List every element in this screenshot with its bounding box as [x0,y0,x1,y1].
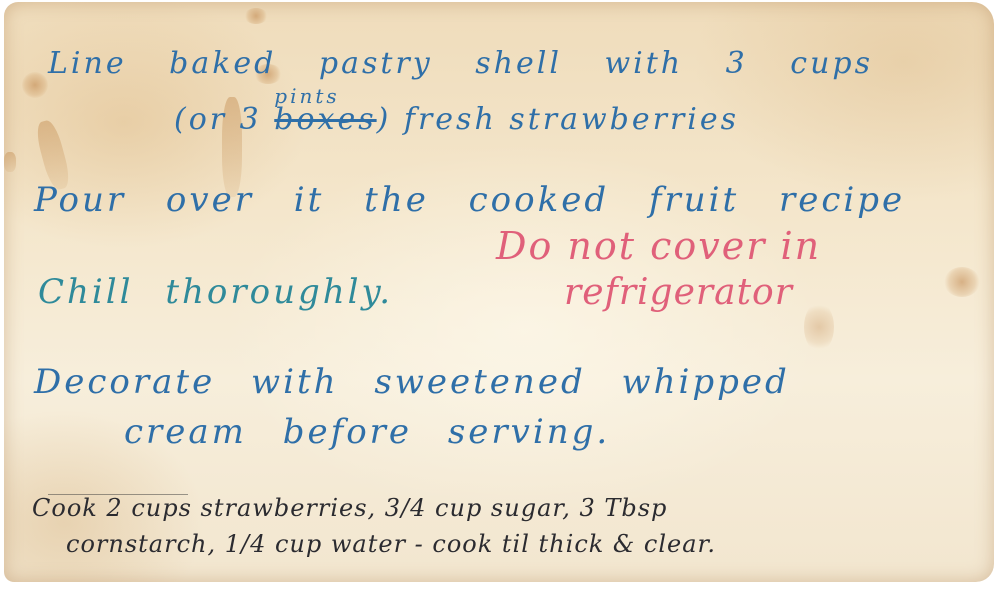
instruction-line-5: Decorate with sweetened whipped [34,362,790,402]
cooked-fruit-recipe-line-2: cornstarch, 1/4 cup water - cook til thi… [66,530,716,558]
struck-word: pintsboxes [274,102,376,137]
instruction-line-2-suffix: ) fresh strawberries [377,102,739,137]
stain [244,8,268,24]
recipe-card: Line baked pastry shell with 3 cups (or … [4,2,994,582]
instruction-line-6: cream before serving. [124,412,610,452]
instruction-line-2-prefix: (or 3 [174,102,274,137]
instruction-line-3: Pour over it the cooked fruit recipe [34,180,905,220]
instruction-line-4: Chill thoroughly. [38,272,393,312]
stain [22,72,48,98]
cooked-fruit-recipe-line-1: Cook 2 cups strawberries, 3/4 cup sugar,… [32,494,667,522]
stain [804,302,834,352]
stain [944,267,980,297]
inserted-word: pints [274,84,339,108]
stain-drip [4,152,16,172]
margin-note-line-2: refrigerator [564,272,793,313]
instruction-line-2: (or 3 pintsboxes) fresh strawberries [174,102,739,137]
margin-note-line-1: Do not cover in [496,224,821,268]
instruction-line-1: Line baked pastry shell with 3 cups [48,46,873,81]
